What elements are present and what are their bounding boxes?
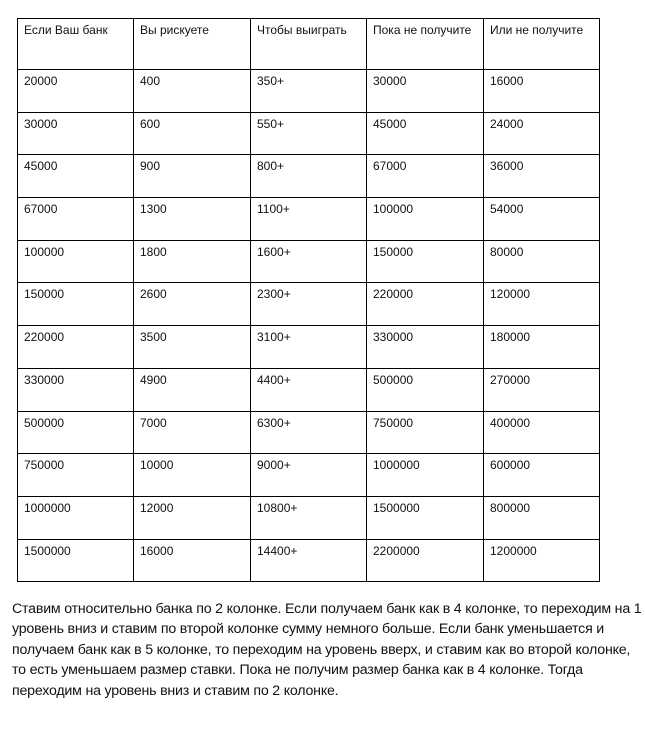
cell-bank: 330000 <box>18 368 134 411</box>
cell-bank: 500000 <box>18 411 134 454</box>
cell-risk: 900 <box>134 155 251 198</box>
cell-bank: 30000 <box>18 112 134 155</box>
table-row: 22000035003100+330000180000 <box>18 326 600 369</box>
cell-until-get: 2200000 <box>367 539 484 582</box>
table-row: 15000001600014400+22000001200000 <box>18 539 600 582</box>
cell-until-get: 1000000 <box>367 454 484 497</box>
cell-bank: 45000 <box>18 155 134 198</box>
cell-win: 10800+ <box>251 496 367 539</box>
cell-risk: 10000 <box>134 454 251 497</box>
cell-risk: 1300 <box>134 198 251 241</box>
cell-until-get: 67000 <box>367 155 484 198</box>
cell-until-get: 45000 <box>367 112 484 155</box>
cell-bank: 20000 <box>18 70 134 113</box>
table-row: 30000600550+4500024000 <box>18 112 600 155</box>
cell-or-not-get: 800000 <box>484 496 600 539</box>
cell-risk: 4900 <box>134 368 251 411</box>
cell-risk: 7000 <box>134 411 251 454</box>
cell-until-get: 100000 <box>367 198 484 241</box>
cell-until-get: 500000 <box>367 368 484 411</box>
cell-or-not-get: 80000 <box>484 240 600 283</box>
cell-or-not-get: 270000 <box>484 368 600 411</box>
table-row: 10000001200010800+1500000800000 <box>18 496 600 539</box>
cell-win: 800+ <box>251 155 367 198</box>
bank-strategy-table: Если Ваш банк Вы рискуете Чтобы выиграть… <box>17 18 600 582</box>
header-cell-win: Чтобы выиграть <box>251 19 367 70</box>
cell-win: 6300+ <box>251 411 367 454</box>
table-row: 10000018001600+15000080000 <box>18 240 600 283</box>
table-body: Если Ваш банк Вы рискуете Чтобы выиграть… <box>18 19 600 582</box>
cell-bank: 750000 <box>18 454 134 497</box>
cell-win: 4400+ <box>251 368 367 411</box>
cell-or-not-get: 600000 <box>484 454 600 497</box>
table-row: 45000900800+6700036000 <box>18 155 600 198</box>
cell-risk: 1800 <box>134 240 251 283</box>
cell-win: 9000+ <box>251 454 367 497</box>
cell-win: 550+ <box>251 112 367 155</box>
cell-or-not-get: 16000 <box>484 70 600 113</box>
header-cell-until-get: Пока не получите <box>367 19 484 70</box>
cell-win: 14400+ <box>251 539 367 582</box>
cell-risk: 400 <box>134 70 251 113</box>
table-header-row: Если Ваш банк Вы рискуете Чтобы выиграть… <box>18 19 600 70</box>
cell-bank: 100000 <box>18 240 134 283</box>
table-row: 20000400350+3000016000 <box>18 70 600 113</box>
cell-or-not-get: 36000 <box>484 155 600 198</box>
cell-win: 2300+ <box>251 283 367 326</box>
cell-bank: 220000 <box>18 326 134 369</box>
cell-or-not-get: 400000 <box>484 411 600 454</box>
cell-risk: 16000 <box>134 539 251 582</box>
cell-bank: 1000000 <box>18 496 134 539</box>
cell-win: 1600+ <box>251 240 367 283</box>
cell-risk: 2600 <box>134 283 251 326</box>
header-cell-risk: Вы рискуете <box>134 19 251 70</box>
cell-risk: 600 <box>134 112 251 155</box>
table-row: 6700013001100+10000054000 <box>18 198 600 241</box>
table-row: 50000070006300+750000400000 <box>18 411 600 454</box>
cell-until-get: 150000 <box>367 240 484 283</box>
cell-until-get: 220000 <box>367 283 484 326</box>
cell-risk: 3500 <box>134 326 251 369</box>
cell-or-not-get: 54000 <box>484 198 600 241</box>
cell-bank: 67000 <box>18 198 134 241</box>
table-row: 750000100009000+1000000600000 <box>18 454 600 497</box>
cell-win: 3100+ <box>251 326 367 369</box>
cell-or-not-get: 120000 <box>484 283 600 326</box>
cell-or-not-get: 1200000 <box>484 539 600 582</box>
cell-or-not-get: 180000 <box>484 326 600 369</box>
cell-until-get: 30000 <box>367 70 484 113</box>
cell-win: 350+ <box>251 70 367 113</box>
cell-bank: 1500000 <box>18 539 134 582</box>
header-cell-or-not-get: Или не получите <box>484 19 600 70</box>
cell-until-get: 330000 <box>367 326 484 369</box>
table-row: 15000026002300+220000120000 <box>18 283 600 326</box>
cell-until-get: 1500000 <box>367 496 484 539</box>
cell-bank: 150000 <box>18 283 134 326</box>
cell-risk: 12000 <box>134 496 251 539</box>
cell-or-not-get: 24000 <box>484 112 600 155</box>
cell-until-get: 750000 <box>367 411 484 454</box>
cell-win: 1100+ <box>251 198 367 241</box>
strategy-description: Ставим относительно банка по 2 колонке. … <box>12 599 642 701</box>
header-cell-bank: Если Ваш банк <box>18 19 134 70</box>
table-row: 33000049004400+500000270000 <box>18 368 600 411</box>
